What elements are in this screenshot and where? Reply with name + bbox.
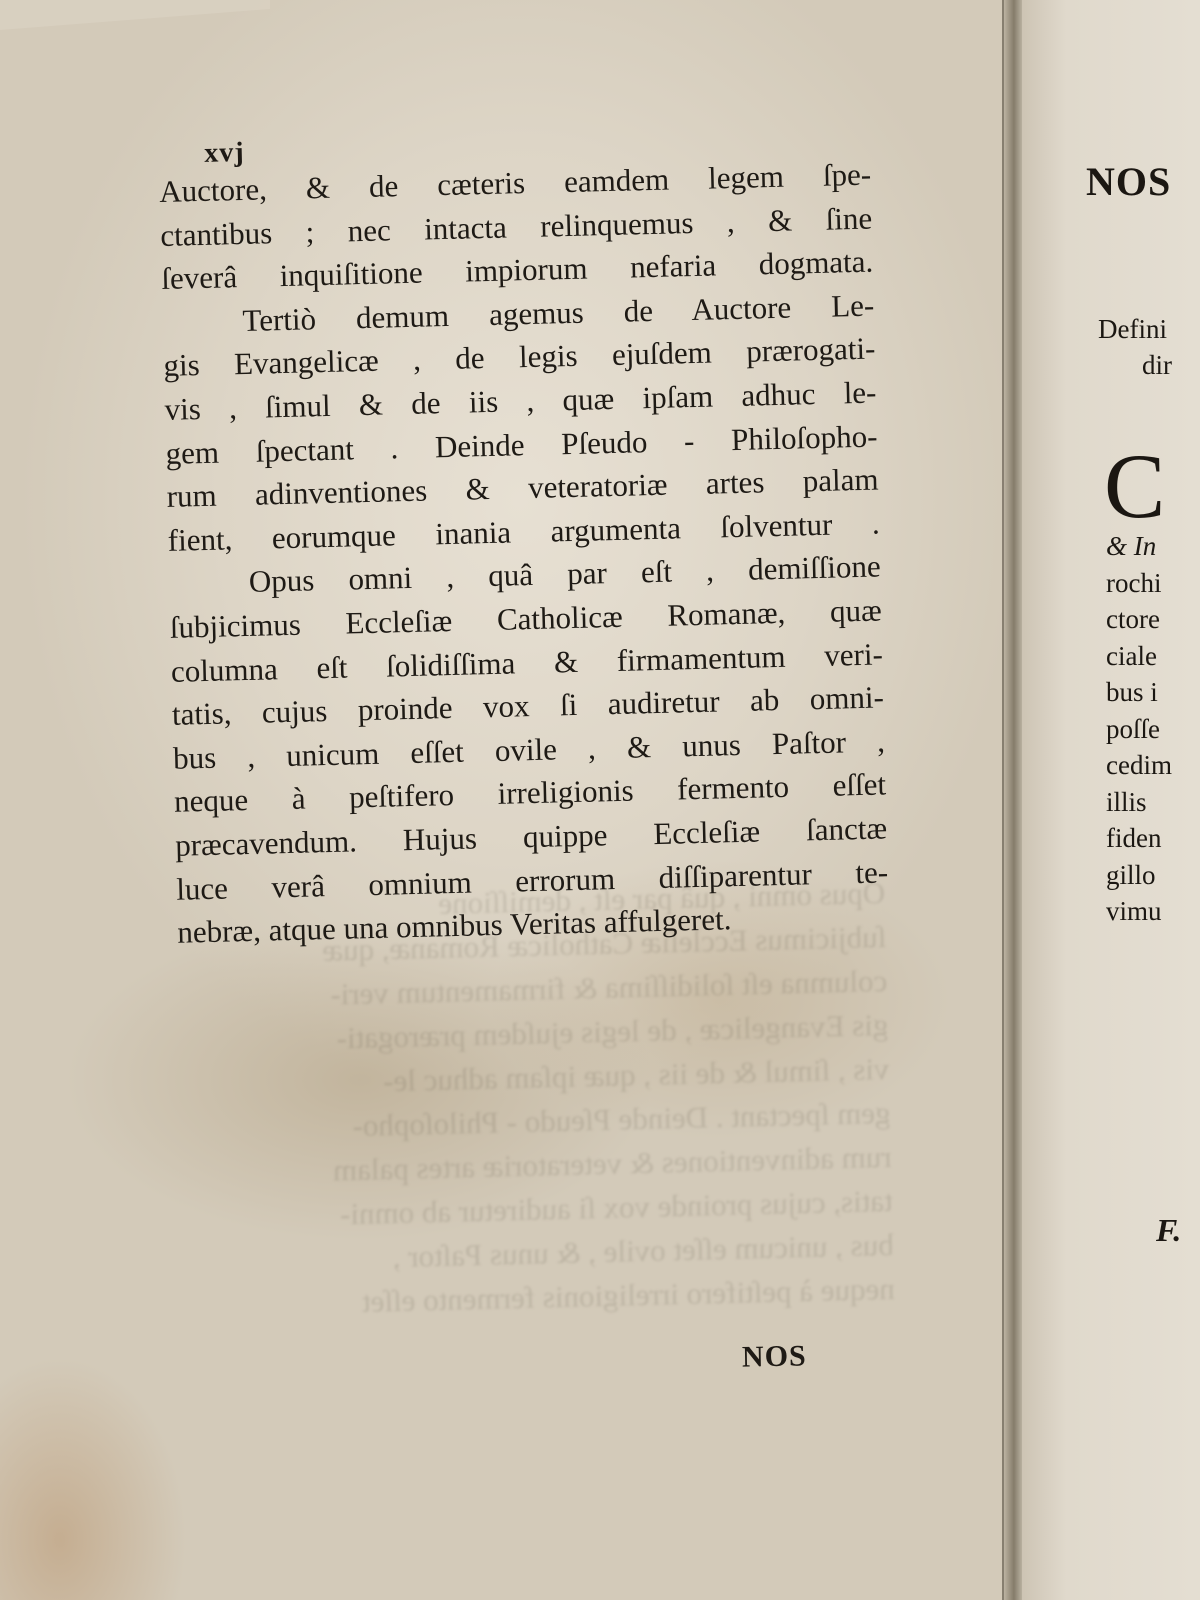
text-line: poſſe: [1106, 711, 1172, 748]
text-line: illis: [1106, 784, 1172, 821]
text-line: cedim: [1106, 747, 1172, 784]
text-line: gillo: [1106, 857, 1172, 894]
printer-signature: F.: [1156, 1212, 1181, 1249]
text-line: bus i: [1106, 674, 1172, 711]
page-fold: [0, 0, 270, 30]
right-page-subtitle-line: dir: [1142, 350, 1172, 381]
catchword: NOS: [742, 1339, 807, 1374]
book-spread: xvj Auctore, & de cæteris eamdem legem ſ…: [0, 0, 1200, 1600]
text-line: & In: [1106, 528, 1172, 565]
right-page-title: NOS: [1086, 158, 1171, 205]
right-page-subtitle-line: Defini: [1098, 314, 1167, 345]
text-line: vimu: [1106, 893, 1172, 930]
text-line: fiden: [1106, 820, 1172, 857]
text-line: rochi: [1106, 565, 1172, 602]
text-line: ctore: [1106, 601, 1172, 638]
drop-cap: C: [1104, 440, 1165, 532]
text-line: ciale: [1106, 638, 1172, 675]
left-page-text: xvj Auctore, & de cæteris eamdem legem ſ…: [158, 123, 890, 955]
show-through-text: Opus omni , quâ par eſt , demiſſione ſub…: [145, 871, 896, 1329]
right-page-text: & In rochi ctore ciale bus i poſſe cedim…: [1106, 528, 1172, 930]
